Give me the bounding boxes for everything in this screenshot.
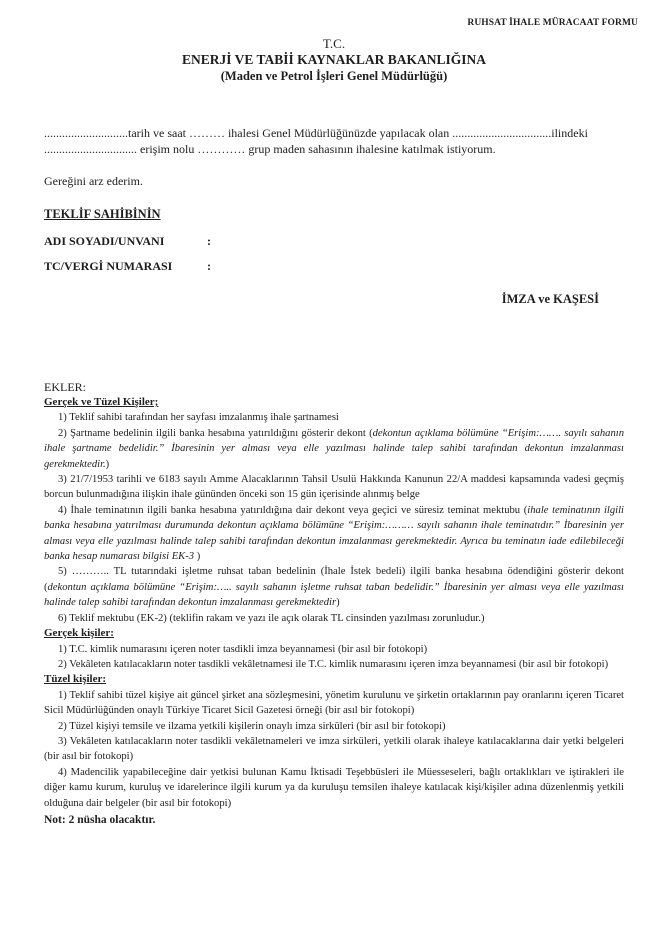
list-item: 2) Vekâleten katılacakların noter tasdik… xyxy=(44,657,624,672)
attachments-title: EKLER: xyxy=(44,380,624,395)
bidder-heading: TEKLİF SAHİBİNİN xyxy=(44,207,161,222)
intro-paragraph: ............................tarih ve saa… xyxy=(44,125,624,157)
attachments-section: EKLER: Gerçek ve Tüzel Kişiler;1) Teklif… xyxy=(44,380,624,828)
list-item: 5) ……….. TL tutarındaki işletme ruhsat t… xyxy=(44,564,624,610)
intro-line-2: ............................... erişim n… xyxy=(44,141,624,157)
field-tax-number-separator: : xyxy=(207,259,211,274)
list-item-normal-text: 2) Şartname bedelinin ilgili banka hesab… xyxy=(58,428,373,439)
document-page: RUHSAT İHALE MÜRACAAT FORMU T.C. ENERJİ … xyxy=(0,0,668,946)
list-item-normal-text: 3) Vekâleten katılacakların noter tasdik… xyxy=(44,736,624,762)
list-item: 2) Şartname bedelinin ilgili banka hesab… xyxy=(44,426,624,472)
field-name-label: ADI SOYADI/UNVANI xyxy=(44,234,204,249)
list-item: 3) 21/7/1953 tarihli ve 6183 sayılı Amme… xyxy=(44,472,624,503)
list-item-normal-text: 1) T.C. kimlik numarasını içeren noter t… xyxy=(58,644,427,655)
list-item-tail-text: ) xyxy=(194,551,200,562)
list-item-tail-text: ) xyxy=(336,597,340,608)
list-item-normal-text: 6) Teklif mektubu (EK-2) (teklifin rakam… xyxy=(58,613,485,624)
attachments-sections: Gerçek ve Tüzel Kişiler;1) Teklif sahibi… xyxy=(44,395,624,811)
greeting: Gereğini arz ederim. xyxy=(44,174,143,189)
list-item-normal-text: 4) Madencilik yapabileceğine dair yetkis… xyxy=(44,767,624,809)
form-code: RUHSAT İHALE MÜRACAAT FORMU xyxy=(467,18,638,28)
note: Not: 2 nüsha olacaktır. xyxy=(44,813,624,828)
list-item: 4) Madencilik yapabileceğine dair yetkis… xyxy=(44,765,624,811)
list-item-normal-text: 3) 21/7/1953 tarihli ve 6183 sayılı Amme… xyxy=(44,474,624,500)
list-item: 1) T.C. kimlik numarasını içeren noter t… xyxy=(44,642,624,657)
signature-label: İMZA ve KAŞESİ xyxy=(502,292,599,307)
list-item: 1) Teklif sahibi tarafından her sayfası … xyxy=(44,410,624,425)
header-department: (Maden ve Petrol İşleri Genel Müdürlüğü) xyxy=(0,68,668,84)
list-item-tail-text: ) xyxy=(106,459,110,470)
intro-line-1: ............................tarih ve saa… xyxy=(44,125,624,141)
section-title: Tüzel kişiler: xyxy=(44,672,624,687)
header-ministry: ENERJİ VE TABİİ KAYNAKLAR BAKANLIĞINA xyxy=(0,52,668,68)
field-name-separator: : xyxy=(207,234,211,249)
document-header: T.C. ENERJİ VE TABİİ KAYNAKLAR BAKANLIĞI… xyxy=(0,36,668,84)
list-item: 2) Tüzel kişiyi temsile ve ilzama yetkil… xyxy=(44,719,624,734)
field-tax-number-label: TC/VERGİ NUMARASI xyxy=(44,259,204,274)
list-item-italic-text: dekontun açıklama bölümüne “Erişim:….. s… xyxy=(44,582,624,608)
list-item-normal-text: 1) Teklif sahibi tüzel kişiye ait güncel… xyxy=(44,690,624,716)
field-name: ADI SOYADI/UNVANI : xyxy=(44,234,211,249)
list-item-normal-text: 2) Vekâleten katılacakların noter tasdik… xyxy=(58,659,608,670)
header-tc: T.C. xyxy=(0,36,668,52)
list-item: 6) Teklif mektubu (EK-2) (teklifin rakam… xyxy=(44,611,624,626)
field-tax-number: TC/VERGİ NUMARASI : xyxy=(44,259,211,274)
list-item: 3) Vekâleten katılacakların noter tasdik… xyxy=(44,734,624,765)
list-item-normal-text: 2) Tüzel kişiyi temsile ve ilzama yetkil… xyxy=(58,721,446,732)
list-item-normal-text: 4) İhale teminatının ilgili banka hesabı… xyxy=(58,505,527,516)
list-item: 1) Teklif sahibi tüzel kişiye ait güncel… xyxy=(44,688,624,719)
list-item-normal-text: 1) Teklif sahibi tarafından her sayfası … xyxy=(58,412,339,423)
section-title: Gerçek ve Tüzel Kişiler; xyxy=(44,395,624,410)
list-item: 4) İhale teminatının ilgili banka hesabı… xyxy=(44,503,624,565)
section-title: Gerçek kişiler: xyxy=(44,626,624,641)
